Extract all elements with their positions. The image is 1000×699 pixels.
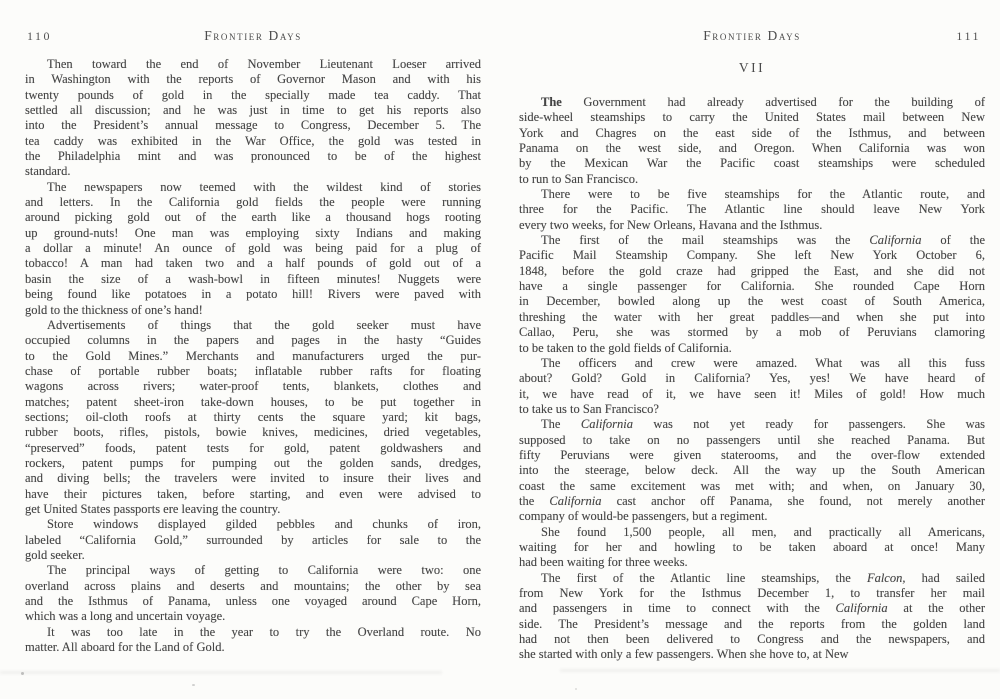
text-line: She found 1,500 people, all men, and pra… — [519, 525, 985, 540]
text-line: side. The President’s message and the re… — [519, 617, 985, 632]
right-page-number: 111 — [956, 29, 981, 44]
paragraph: The Government had already advertised fo… — [519, 95, 985, 187]
text-line: about? Gold? Gold in California? Yes, ye… — [519, 371, 985, 386]
text-line: gold to the thickness of one’s hand! — [25, 303, 481, 318]
text-line: occupied columns in the papers and pages… — [25, 333, 481, 348]
text-line: twenty pounds of gold in the specially m… — [25, 88, 481, 103]
text-line: in December, bowled along up the west co… — [519, 294, 985, 309]
text-line: the California cast anchor off Panama, s… — [519, 494, 985, 509]
book-scan: 110 Frontier Days Then toward the end of… — [0, 0, 1000, 699]
text-line: the Philadelphia mint and was pronounced… — [25, 149, 481, 164]
text-line: matches; patent sheet-iron take-down hou… — [25, 395, 481, 410]
text-line: 1848, before the gold craze had gripped … — [519, 264, 985, 279]
text-line: to run to San Francisco. — [519, 172, 985, 187]
text-line: being found like potatoes in a potato hi… — [25, 287, 481, 302]
text-line: and letters. In the California gold fiel… — [25, 195, 481, 210]
text-line: gold seeker. — [25, 548, 481, 563]
paragraph: The California was not yet ready for pas… — [519, 417, 985, 524]
text-line: rubber boots, rifles, pistols, bowie kni… — [25, 425, 481, 440]
text-line: by the Mexican War the Pacific coast ste… — [519, 156, 985, 171]
text-line: chase of portable rubber boats; inflatab… — [25, 364, 481, 379]
text-line: sections; oil-cloth roofs at thirty cent… — [25, 410, 481, 425]
text-line: tobacco! A man had taken two and a half … — [25, 256, 481, 271]
paragraph: Store windows displayed gilded pebbles a… — [25, 517, 481, 563]
text-line: coast the same excitement was met with; … — [519, 479, 985, 494]
text-line: Pacific Mail Steamship Company. She left… — [519, 248, 985, 263]
text-line: The officers and crew were amazed. What … — [519, 356, 985, 371]
text-line: three for the Pacific. The Atlantic line… — [519, 202, 985, 217]
text-line: had been waiting for three weeks. — [519, 555, 985, 570]
left-page-header: 110 Frontier Days — [25, 28, 481, 43]
text-line: to the Gold Mines.” Merchants and manufa… — [25, 349, 481, 364]
text-line: basin the size of a wash-bowl in fifteen… — [25, 272, 481, 287]
paragraph: The officers and crew were amazed. What … — [519, 356, 985, 417]
text-line: It was too late in the year to try the O… — [25, 625, 481, 640]
text-line: she started with only a few passengers. … — [519, 647, 985, 662]
paragraph: The newspapers now teemed with the wilde… — [25, 180, 481, 318]
text-line: The principal ways of getting to Califor… — [25, 563, 481, 578]
text-line: had not then been delivered to Congress … — [519, 632, 985, 647]
text-line: The California was not yet ready for pas… — [519, 417, 985, 432]
right-running-title: Frontier Days — [519, 28, 985, 44]
left-running-title: Frontier Days — [25, 28, 481, 44]
scan-speck — [21, 672, 24, 675]
text-line: York and Chagres on the east side of the… — [519, 126, 985, 141]
text-line: and diving bells; the travelers were inv… — [25, 471, 481, 486]
scan-speck — [192, 684, 195, 686]
chapter-heading: VII — [519, 60, 985, 76]
text-line: side-wheel steamships to carry the Unite… — [519, 110, 985, 125]
text-line: in Washington with the reports of Govern… — [25, 72, 481, 87]
text-line: into the steerage, below deck. All the w… — [519, 463, 985, 478]
paragraph: The first of the Atlantic line steamship… — [519, 571, 985, 663]
scan-speck — [575, 688, 577, 690]
text-line: supposed to take on no passengers until … — [519, 433, 985, 448]
text-line: have their pictures taken, before starti… — [25, 487, 481, 502]
text-line: threshing the water with her great paddl… — [519, 310, 985, 325]
left-page: 110 Frontier Days Then toward the end of… — [25, 28, 481, 655]
text-line: The Government had already advertised fo… — [519, 95, 985, 110]
paragraph: She found 1,500 people, all men, and pra… — [519, 525, 985, 571]
text-line: into the President’s annual message to C… — [25, 118, 481, 133]
text-line: The first of the mail steamships was the… — [519, 233, 985, 248]
text-line: fifty Peruvians were given staterooms, a… — [519, 448, 985, 463]
text-line: rockers, patent pumps for pumping out th… — [25, 456, 481, 471]
text-line: matter. All aboard for the Land of Gold. — [25, 640, 481, 655]
text-line: get United States passports ere leaving … — [25, 502, 481, 517]
text-line: waiting for her and howling to be taken … — [519, 540, 985, 555]
text-line: which was a long and uncertain voyage. — [25, 609, 481, 624]
text-line: it, we have read of it, we have seen it!… — [519, 387, 985, 402]
text-line: up ground-nuts! One man was employing si… — [25, 226, 481, 241]
text-line: overland across plains and deserts and m… — [25, 579, 481, 594]
text-line: standard. — [25, 164, 481, 179]
text-line: from New York for the Isthmus December 1… — [519, 586, 985, 601]
text-line: every two weeks, for New Orleans, Havana… — [519, 218, 985, 233]
text-line: and passengers in time to connect with t… — [519, 601, 985, 616]
left-page-body: Then toward the end of November Lieutena… — [25, 57, 481, 655]
text-line: wagons across rivers; water-proof tents,… — [25, 379, 481, 394]
paragraph: The first of the mail steamships was the… — [519, 233, 985, 356]
text-line: Store windows displayed gilded pebbles a… — [25, 517, 481, 532]
text-line: Callao, Peru, she was stormed by a mob o… — [519, 325, 985, 340]
text-line: to be taken to the gold fields of Califo… — [519, 341, 985, 356]
text-line: company of would-be passengers, but a re… — [519, 509, 985, 524]
paragraph: Then toward the end of November Lieutena… — [25, 57, 481, 180]
scan-smudge-right — [560, 669, 1000, 672]
text-line: The first of the Atlantic line steamship… — [519, 571, 985, 586]
text-line: Then toward the end of November Lieutena… — [25, 57, 481, 72]
text-line: tea caddy was exhibited in the War Offic… — [25, 134, 481, 149]
text-line: and the Isthmus of Panama, unless one vo… — [25, 594, 481, 609]
paragraph: The principal ways of getting to Califor… — [25, 563, 481, 624]
text-line: settled all discussion; and he was just … — [25, 103, 481, 118]
paragraph: It was too late in the year to try the O… — [25, 625, 481, 656]
text-line: to take us to San Francisco? — [519, 402, 985, 417]
text-line: labeled “California Gold,” surrounded by… — [25, 533, 481, 548]
paragraph: There were to be five steamships for the… — [519, 187, 985, 233]
text-line: around picking gold out of the earth lik… — [25, 210, 481, 225]
text-line: Advertisements of things that the gold s… — [25, 318, 481, 333]
right-page-header: Frontier Days 111 — [519, 28, 985, 43]
text-line: There were to be five steamships for the… — [519, 187, 985, 202]
right-page: Frontier Days 111 VII The Government had… — [519, 28, 985, 663]
text-line: have a single passenger for California. … — [519, 279, 985, 294]
right-page-body: The Government had already advertised fo… — [519, 95, 985, 663]
paragraph: Advertisements of things that the gold s… — [25, 318, 481, 517]
text-line: Panama on the west side, and Oregon. Whe… — [519, 141, 985, 156]
text-line: The newspapers now teemed with the wilde… — [25, 180, 481, 195]
scan-smudge-left — [0, 671, 442, 674]
text-line: “preserved” foods, patent tests for gold… — [25, 441, 481, 456]
text-line: a dollar a minute! An ounce of gold was … — [25, 241, 481, 256]
